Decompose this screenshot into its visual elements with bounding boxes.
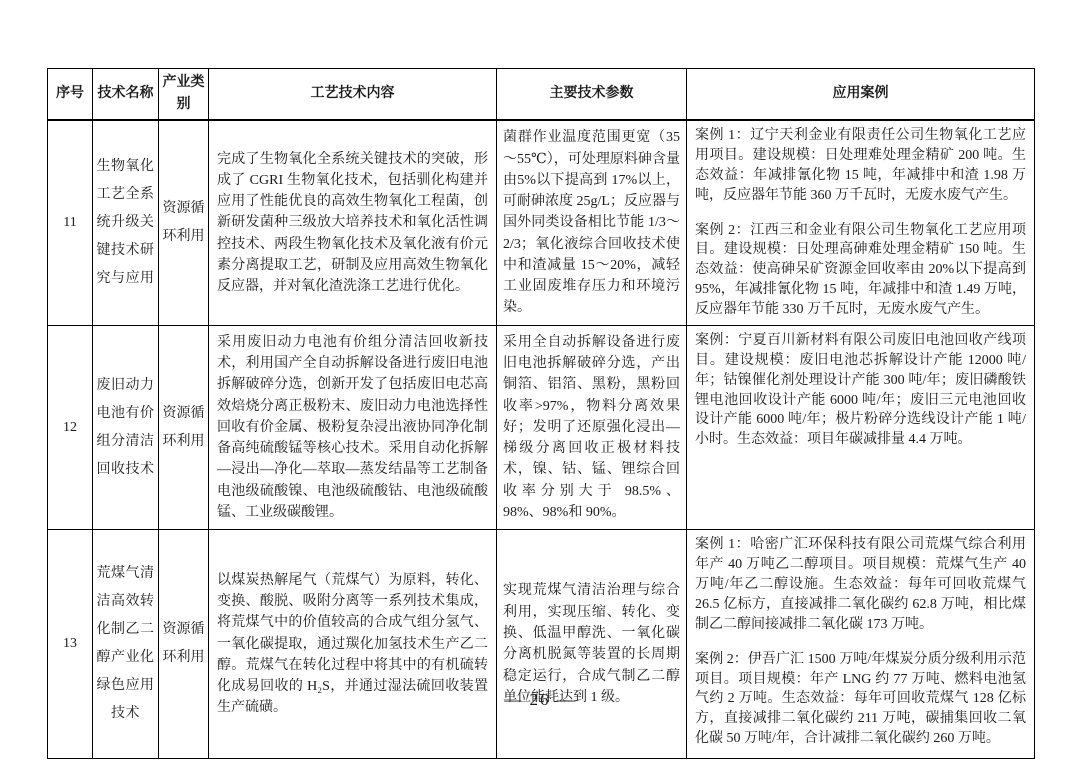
- application-cases: 案例 1：哈密广汇环保科技有限公司荒煤气综合利用年产 40 万吨乙二醇项目。项目…: [687, 530, 1035, 759]
- green-technology-table: 序号 技术名称 产业类别 工艺技术内容 主要技术参数 应用案例 11 生物氧化工…: [47, 68, 1035, 759]
- industry-category: 资源循环利用: [159, 530, 209, 759]
- header-row: 序号 技术名称 产业类别 工艺技术内容 主要技术参数 应用案例: [48, 69, 1035, 121]
- technical-parameters: 菌群作业温度范围更宽（35～55℃），可处理原料砷含量由5%以下提高到 17%以…: [497, 120, 687, 325]
- table-row: 13 荒煤气清洁高效转化制乙二醇产业化绿色应用技术 资源循环利用 以煤炭热解尾气…: [48, 530, 1035, 759]
- header-process-content: 工艺技术内容: [209, 69, 497, 121]
- technology-name: 生物氧化工艺全系统升级关键技术研究与应用: [93, 120, 159, 325]
- header-technical-parameters: 主要技术参数: [497, 69, 687, 121]
- technical-parameters: 采用全自动拆解设备进行废旧电池拆解破碎分选，产出铜箔、铝箔、黑粉，黑粉回收率>9…: [497, 325, 687, 529]
- case-paragraph: 案例 1：辽宁天利金业有限责任公司生物氧化工艺应用项目。建设规模：日处理难处理金…: [695, 126, 1026, 206]
- technology-name: 荒煤气清洁高效转化制乙二醇产业化绿色应用技术: [93, 530, 159, 759]
- serial-number: 11: [48, 120, 93, 325]
- industry-category: 资源循环利用: [159, 325, 209, 529]
- header-industry-category: 产业类别: [159, 69, 209, 121]
- technology-name: 废旧动力电池有价组分清洁回收技术: [93, 325, 159, 529]
- industry-category: 资源循环利用: [159, 120, 209, 325]
- application-cases: 案例：宁夏百川新材料有限公司废旧电池回收产线项目。建设规模：废旧电池芯拆解设计产…: [687, 325, 1035, 529]
- case-paragraph: 案例：宁夏百川新材料有限公司废旧电池回收产线项目。建设规模：废旧电池芯拆解设计产…: [695, 331, 1026, 450]
- document-page: 序号 技术名称 产业类别 工艺技术内容 主要技术参数 应用案例 11 生物氧化工…: [0, 0, 1080, 763]
- process-content: 采用废旧动力电池有价组分清洁回收新技术，利用国产全自动拆解设备进行废旧电池拆解破…: [209, 325, 497, 529]
- process-content: 以煤炭热解尾气（荒煤气）为原料，转化、变换、酸脱、吸附分离等一系列技术集成，将荒…: [209, 530, 497, 759]
- page-number: — 26 —: [0, 690, 1080, 710]
- table-header: 序号 技术名称 产业类别 工艺技术内容 主要技术参数 应用案例: [48, 69, 1035, 121]
- process-content: 完成了生物氧化全系统关键技术的突破，形成了 CGRI 生物氧化技术，包括驯化构建…: [209, 120, 497, 325]
- case-paragraph: 案例 2：江西三和金业有限公司生物氧化工艺应用项目。建设规模：日处理高砷难处理金…: [695, 221, 1026, 320]
- technical-parameters: 实现荒煤气清洁治理与综合利用，实现压缩、转化、变换、低温甲醇洗、一氧化碳分离机脱…: [497, 530, 687, 759]
- header-serial-number: 序号: [48, 69, 93, 121]
- table-row: 11 生物氧化工艺全系统升级关键技术研究与应用 资源循环利用 完成了生物氧化全系…: [48, 120, 1035, 325]
- table-row: 12 废旧动力电池有价组分清洁回收技术 资源循环利用 采用废旧动力电池有价组分清…: [48, 325, 1035, 529]
- header-technology-name: 技术名称: [93, 69, 159, 121]
- header-application-cases: 应用案例: [687, 69, 1035, 121]
- application-cases: 案例 1：辽宁天利金业有限责任公司生物氧化工艺应用项目。建设规模：日处理难处理金…: [687, 120, 1035, 325]
- serial-number: 12: [48, 325, 93, 529]
- serial-number: 13: [48, 530, 93, 759]
- case-paragraph: 案例 1：哈密广汇环保科技有限公司荒煤气综合利用年产 40 万吨乙二醇项目。项目…: [695, 535, 1026, 634]
